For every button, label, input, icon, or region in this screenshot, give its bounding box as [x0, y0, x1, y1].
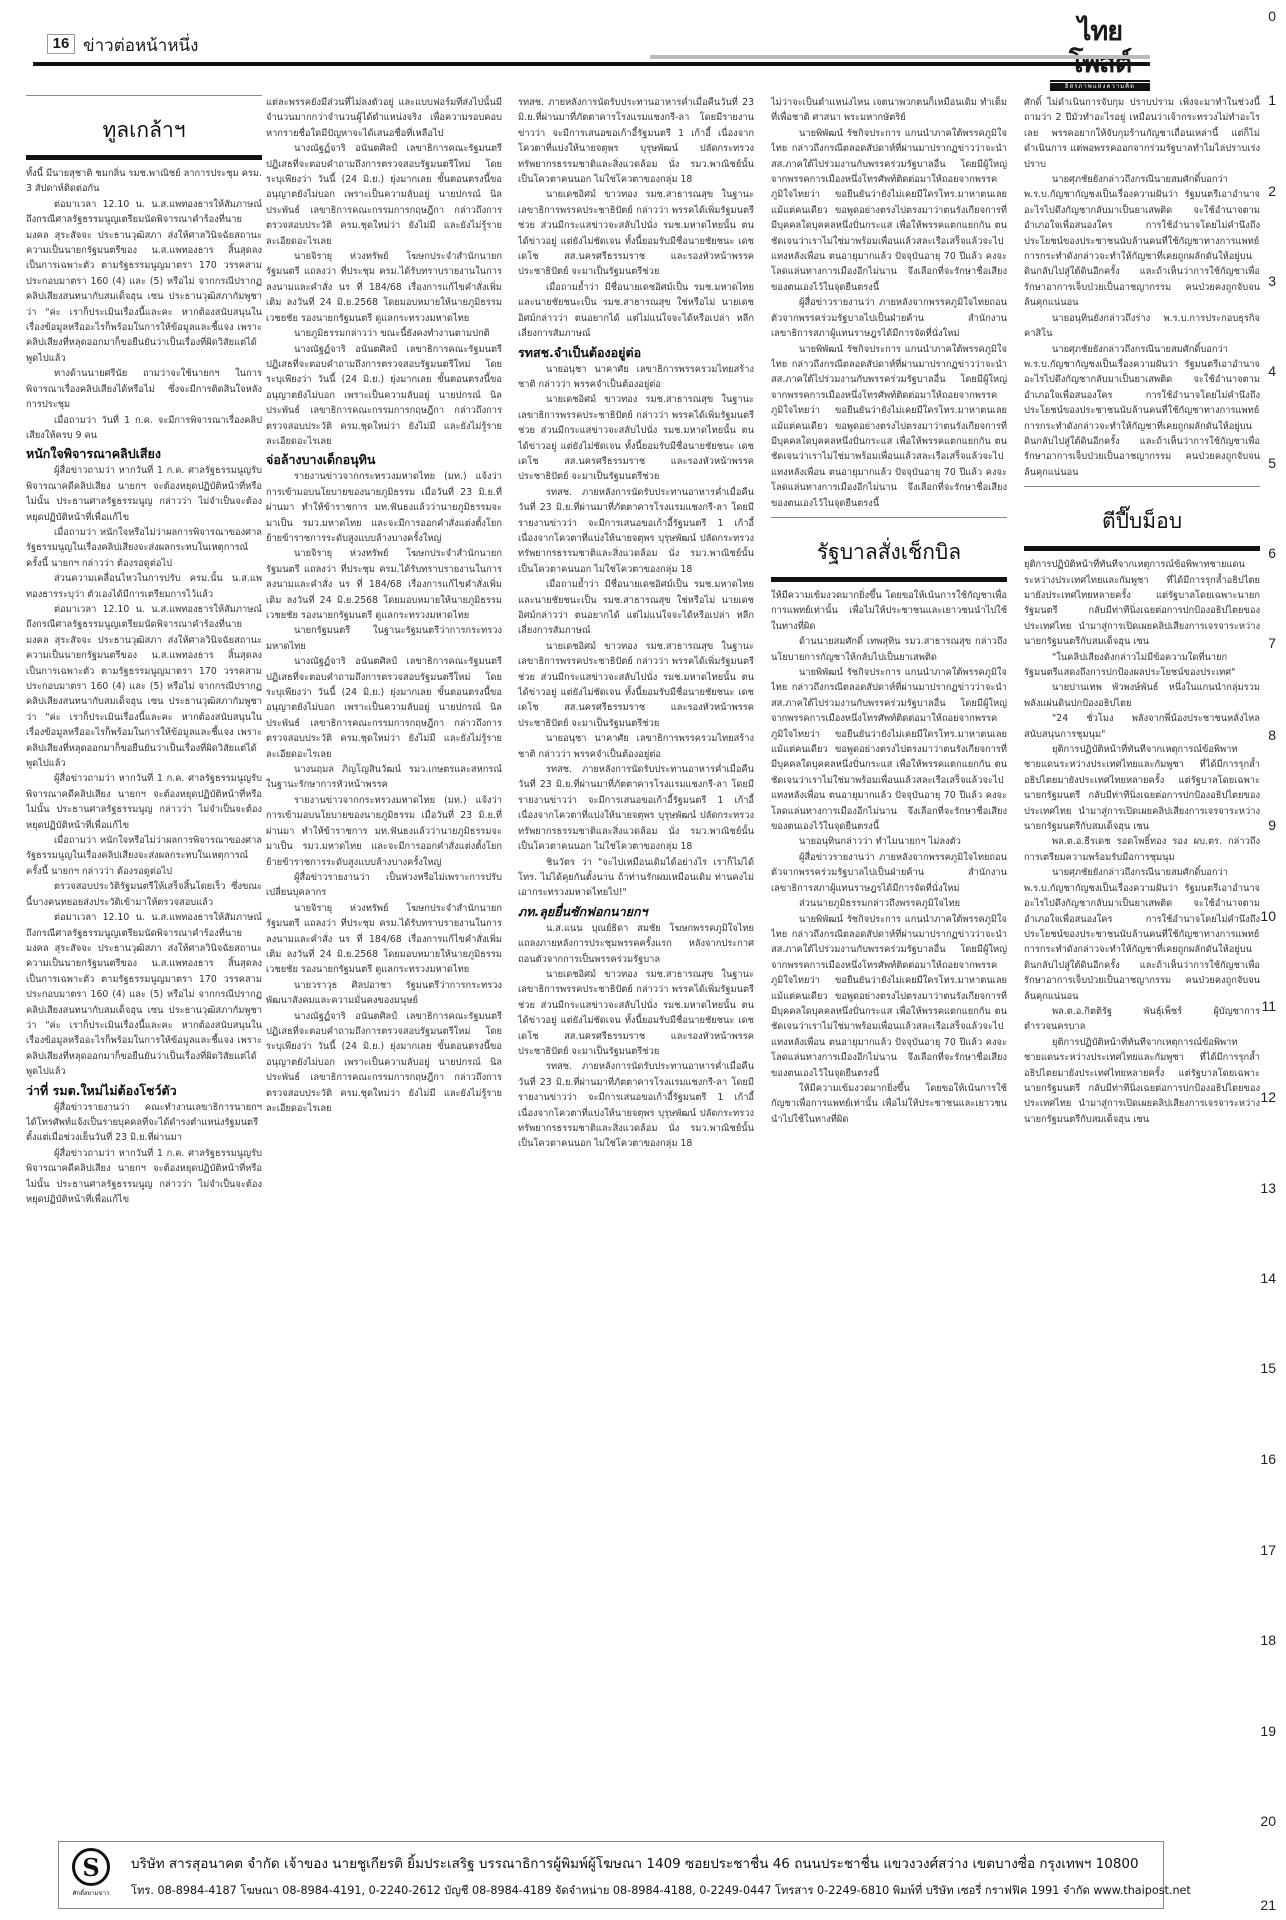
margin-ruler: 0 1 2 3 4 5 6 7 8 9 10 11 12 13 14 15 16… — [1256, 0, 1286, 1920]
paragraph: "ในคลิปเสียงดังกล่าวไม่มีข้อความใดที่นาย… — [1024, 650, 1260, 681]
margin-number: 14 — [1260, 1270, 1276, 1286]
masthead-logo: ไทยโพสต์ อิสรภาพแห่งความคิด — [1050, 16, 1150, 60]
paragraph: รทสช. ภายหลังการนัดรับประทานอาหารค่ำเมื่… — [518, 95, 754, 187]
margin-number: 17 — [1260, 1542, 1276, 1558]
column-4: ไม่ว่าจะเป็นตำแหน่งไหน เจตนาพวกตนก็เหมือ… — [771, 95, 1007, 1815]
publisher-emblem-icon — [72, 1848, 110, 1886]
paragraph: นายวราวุธ ศิลปอาชา รัฐมนตรีว่าการกระทรวง… — [266, 978, 502, 1009]
paragraph: นายจิรายุ ห่วงทรัพย์ โฆษกประจำสำนักนายกร… — [266, 249, 502, 326]
logo-caption: ศักดิ์สยามข่าว — [69, 1888, 113, 1898]
margin-number: 3 — [1268, 273, 1276, 289]
paragraph: ส่วนความเคลื่อนไหวในการปรับ ครม.นั้น น.ส… — [26, 571, 262, 602]
headline-protest: ตีปี๊บม็อบ — [1024, 486, 1260, 551]
paragraph: ไม่ว่าจะเป็นตำแหน่งไหน เจตนาพวกตนก็เหมือ… — [771, 95, 1007, 126]
paragraph: ชินวัตร ว่า "จะไปเหมือนเดิมได้อย่างไร เร… — [518, 855, 754, 901]
margin-number: 11 — [1261, 998, 1276, 1014]
paragraph: นายอนุทินกล่าวว่า ทำไมนายกฯ ไม่ลงตัว — [771, 834, 1007, 849]
paragraph: นายศุภชัยยังกล่าวถึงกรณีนายสมศักดิ์บอกว่… — [1024, 172, 1260, 311]
margin-number: 7 — [1268, 635, 1276, 651]
paragraph: ต่อมาเวลา 12.10 น. น.ส.แพทองธารให้สัมภาษ… — [26, 197, 262, 366]
masthead-name: ไทยโพสต์ — [1050, 16, 1150, 82]
margin-number: 18 — [1260, 1632, 1276, 1648]
paragraph: ศักดิ์ ไม่ดำเนินการจับกุม ปราบปราม เพิ่ง… — [1024, 95, 1260, 172]
margin-number: 4 — [1268, 363, 1276, 379]
paragraph: เมื่อถามว่า วันที่ 1 ก.ค. จะมีการพิจารณา… — [26, 413, 262, 444]
paragraph: แต่ละพรรคยังมีส่วนที่ไม่ลงตัวอยู่ และแบบ… — [266, 95, 502, 141]
paragraph: นางณัฐฏ์จาริ อนันตศิลป์ เลขาธิการคณะรัฐม… — [266, 654, 502, 762]
paragraph: ต่อมาเวลา 12.10 น. น.ส.แพทองธารให้สัมภาษ… — [26, 910, 262, 1079]
paragraph: ยุติการปฏิบัติหน้าที่ทันทีจากเหตุการณ์ข้… — [1024, 557, 1260, 649]
paragraph: เมื่อถามว่า หนักใจหรือไม่ว่าผลการพิจารณา… — [26, 833, 262, 879]
paragraph: นายจิรายุ ห่วงทรัพย์ โฆษกประจำสำนักนายกร… — [266, 901, 502, 978]
subhead-new-ministers: ว่าที่ รมต.ใหม่ไม่ต้องโชว์ตัว — [26, 1082, 262, 1100]
masthead-tagline: อิสรภาพแห่งความคิด — [1050, 83, 1150, 91]
column-3: รทสช. ภายหลังการนัดรับประทานอาหารค่ำเมื่… — [518, 95, 754, 1815]
paragraph: นางนฤมล ภิญโญสินวัฒน์ รมว.เกษตรและสหกรณ์… — [266, 762, 502, 793]
paragraph: นายพิพัฒน์ รัชกิจประการ แกนนำภาคใต้พรรคภ… — [771, 665, 1007, 834]
paragraph: นายภูมิธรรมกล่าวว่า ขณะนี้ยังคงทำงานตามป… — [266, 326, 502, 341]
paragraph: นายปานเทพ พัวพงษ์พันธ์ หนึ่งในแกนนำกลุ่ม… — [1024, 680, 1260, 711]
paragraph: ผู้สื่อข่าวรายงานว่า คณะทำงานเลขาธิการนา… — [26, 1100, 262, 1146]
paragraph: ผู้สื่อข่าวรายงานว่า ภายหลังจากพรรคภูมิใ… — [771, 850, 1007, 896]
header-rule-gray — [650, 55, 1150, 59]
paragraph: นางณัฐฏ์จาริ อนันตศิลป์ เลขาธิการคณะรัฐม… — [266, 141, 502, 249]
subhead-rtsc-stay: รทสช.จำเป็นต้องอยู่ต่อ — [518, 344, 754, 362]
paragraph: "24 ชั่วโมง พลังจากพี่น้องประชาชนหลั่งไห… — [1024, 711, 1260, 742]
paragraph: ทั้งนี้ มีนายสุชาติ ชมกลิ่น รมช.พาณิชย์ … — [26, 166, 262, 197]
paragraph: นางณัฐฏ์จาริ อนันตศิลป์ เลขาธิการคณะรัฐม… — [266, 342, 502, 450]
paragraph: นายอนุชา นาคาศัย เลขาธิการพรรครวมไทยสร้า… — [518, 731, 754, 762]
margin-number: 20 — [1260, 1813, 1276, 1829]
page-number: 16 — [47, 34, 75, 54]
paragraph: ให้มีความเข้มงวดมากยิ่งขึ้น โดยขอให้เน้น… — [771, 588, 1007, 634]
margin-number: 1 — [1268, 92, 1276, 108]
margin-number: 0 — [1268, 8, 1276, 24]
paragraph: รทสช. ภายหลังการนัดรับประทานอาหารค่ำเมื่… — [518, 485, 754, 577]
margin-number: 21 — [1260, 1897, 1276, 1913]
paragraph: ยุติการปฏิบัติหน้าที่ทันทีจากเหตุการณ์ข้… — [1024, 742, 1260, 834]
paragraph: ทางด้านนายศรีนัย ถามว่าจะใช้นายกฯ ในการพ… — [26, 366, 262, 412]
paragraph: พล.ต.อ.กิตติรัฐ พันธุ์เพ็ชร์ ผู้บัญชาการ… — [1024, 1004, 1260, 1035]
paragraph: ผู้สื่อข่าวถามว่า หากวันที่ 1 ก.ค. ศาลรั… — [26, 463, 262, 525]
paragraph: นายพิพัฒน์ รัชกิจประการ แกนนำภาคใต้พรรคภ… — [771, 342, 1007, 511]
paragraph: พล.ต.อ.ธีรเดช รอดโพธิ์ทอง รอง ผบ.ตร. กล่… — [1024, 834, 1260, 865]
paragraph: ส่วนนายภูมิธรรมกล่าวถึงพรรคภูมิใจไทย — [771, 896, 1007, 911]
paragraph: นายพิพัฒน์ รัชกิจประการ แกนนำภาคใต้พรรคภ… — [771, 126, 1007, 295]
newspaper-page: 16 ข่าวต่อหน้าหนึ่ง ไทยโพสต์ อิสรภาพแห่ง… — [0, 0, 1286, 1920]
paragraph: นายอนุชา นาคาศัย เลขาธิการพรรครวมไทยสร้า… — [518, 362, 754, 393]
paragraph: รายงานข่าวจากกระทรวงมหาดไทย (มท.) แจ้งว่… — [266, 469, 502, 546]
paragraph: ยุติการปฏิบัติหน้าที่ทันทีจากเหตุการณ์ข้… — [1024, 1035, 1260, 1127]
margin-number: 15 — [1260, 1360, 1276, 1376]
paragraph: ผู้สื่อข่าวรายงานว่า เป็นห่วงหรือไม่เพรา… — [266, 870, 502, 901]
paragraph: น.ส.แนน บุณย์ธิดา สมชัย โฆษกพรรคภูมิใจไท… — [518, 921, 754, 967]
paragraph: นายเดชอิศม์ ขาวทอง รมช.สาธารณสุข ในฐานะเ… — [518, 967, 754, 1059]
paragraph: นายพิพัฒน์ รัชกิจประการ แกนนำภาคใต้พรรคภ… — [771, 912, 1007, 1081]
paragraph: นายเดชอิศม์ ขาวทอง รมช.สาธารณสุข ในฐานะเ… — [518, 187, 754, 279]
headline-tulklao: ทูลเกล้าฯ — [26, 95, 262, 160]
margin-number: 9 — [1268, 817, 1276, 833]
imprint-contacts: โทร. 08-8984-4187 โฆษณา 08-8984-4191, 0-… — [131, 1881, 1191, 1899]
subhead-clip-review: หนักใจพิจารณาคลิปเสียง — [26, 445, 262, 463]
imprint-address: บริษัท สารสุอนาคต จำกัด เจ้าของ นายชูเกี… — [131, 1852, 1139, 1874]
paragraph: นายอนุทินยังกล่าวถึงร่าง พ.ร.บ.การประกอบ… — [1024, 311, 1260, 342]
margin-number: 6 — [1268, 545, 1276, 561]
publisher-logo: ศักดิ์สยามข่าว — [69, 1848, 113, 1904]
paragraph: เมื่อถามว่า หนักใจหรือไม่ว่าผลการพิจารณา… — [26, 525, 262, 571]
margin-number: 2 — [1268, 183, 1276, 199]
paragraph: นายเดชอิศม์ ขาวทอง รมช.สาธารณสุข ในฐานะเ… — [518, 639, 754, 731]
margin-number: 13 — [1260, 1180, 1276, 1196]
paragraph: ผู้สื่อข่าวถามว่า หากวันที่ 1 ก.ค. ศาลรั… — [26, 1146, 262, 1208]
paragraph: นายเดชอิศม์ ขาวทอง รมช.สาธารณสุข ในฐานะเ… — [518, 392, 754, 484]
paragraph: เมื่อถามย้ำว่า มีชื่อนายเดชอิศม์เป็น รมช… — [518, 577, 754, 639]
paragraph: รายงานข่าวจากกระทรวงมหาดไทย (มท.) แจ้งว่… — [266, 793, 502, 870]
margin-number: 16 — [1260, 1451, 1276, 1467]
paragraph: ด้านนายสมศักดิ์ เทพสุทิน รมว.สาธารณสุข ก… — [771, 634, 1007, 665]
publisher-imprint: ศักดิ์สยามข่าว บริษัท สารสุอนาคต จำกัด เ… — [58, 1841, 1164, 1909]
paragraph: นายศุภชัยยังกล่าวถึงกรณีนายสมศักดิ์บอกว่… — [1024, 865, 1260, 1004]
paragraph: ผู้สื่อข่าวรายงานว่า ภายหลังจากพรรคภูมิใ… — [771, 295, 1007, 341]
margin-number: 5 — [1268, 455, 1276, 471]
subhead-bjt-censure: ภท.ลุยยื่นซักฟอกนายกฯ — [518, 903, 754, 921]
margin-number: 8 — [1268, 727, 1276, 743]
section-label: ข่าวต่อหน้าหนึ่ง — [83, 32, 198, 59]
subhead-purge: จ่อล้างบางเด็กอนุทิน — [266, 451, 502, 469]
page-header: 16 ข่าวต่อหน้าหนึ่ง ไทยโพสต์ อิสรภาพแห่ง… — [33, 16, 1150, 60]
paragraph: เมื่อถามย้ำว่า มีชื่อนายเดชอิศม์เป็น รมช… — [518, 280, 754, 342]
column-5: ศักดิ์ ไม่ดำเนินการจับกุม ปราบปราม เพิ่ง… — [1024, 95, 1260, 1815]
headline-cannabis-check: รัฐบาลสั่งเช็กบิล — [771, 517, 1007, 582]
paragraph: ต่อมาเวลา 12.10 น. น.ส.แพทองธารให้สัมภาษ… — [26, 602, 262, 771]
paragraph: รทสช. ภายหลังการนัดรับประทานอาหารค่ำเมื่… — [518, 762, 754, 854]
paragraph: นายศุภชัยยังกล่าวถึงกรณีนายสมศักดิ์บอกว่… — [1024, 342, 1260, 481]
margin-number: 19 — [1260, 1723, 1276, 1739]
margin-number: 10 — [1260, 908, 1276, 924]
paragraph: นางณัฐฏ์จาริ อนันตศิลป์ เลขาธิการคณะรัฐม… — [266, 1009, 502, 1117]
paragraph: ผู้สื่อข่าวถามว่า หากวันที่ 1 ก.ค. ศาลรั… — [26, 771, 262, 833]
margin-number: 12 — [1260, 1089, 1276, 1105]
paragraph: นายจิรายุ ห่วงทรัพย์ โฆษกประจำสำนักนายกร… — [266, 546, 502, 623]
paragraph: รทสช. ภายหลังการนัดรับประทานอาหารค่ำเมื่… — [518, 1059, 754, 1151]
paragraph: ตรวจสอบประวัติรัฐมนตรีให้เสร็จสิ้นโดยเร็… — [26, 879, 262, 910]
column-2: แต่ละพรรคยังมีส่วนที่ไม่ลงตัวอยู่ และแบบ… — [266, 95, 502, 1815]
paragraph: นายกรัฐมนตรี ในฐานะรัฐมนตรีว่าการกระทรวง… — [266, 623, 502, 654]
header-rule — [33, 62, 1150, 66]
paragraph: ให้มีความเข้มงวดมากยิ่งขึ้น โดยขอให้เน้น… — [771, 1081, 1007, 1127]
column-1: ทูลเกล้าฯ ทั้งนี้ มีนายสุชาติ ชมกลิ่น รม… — [26, 95, 262, 1815]
